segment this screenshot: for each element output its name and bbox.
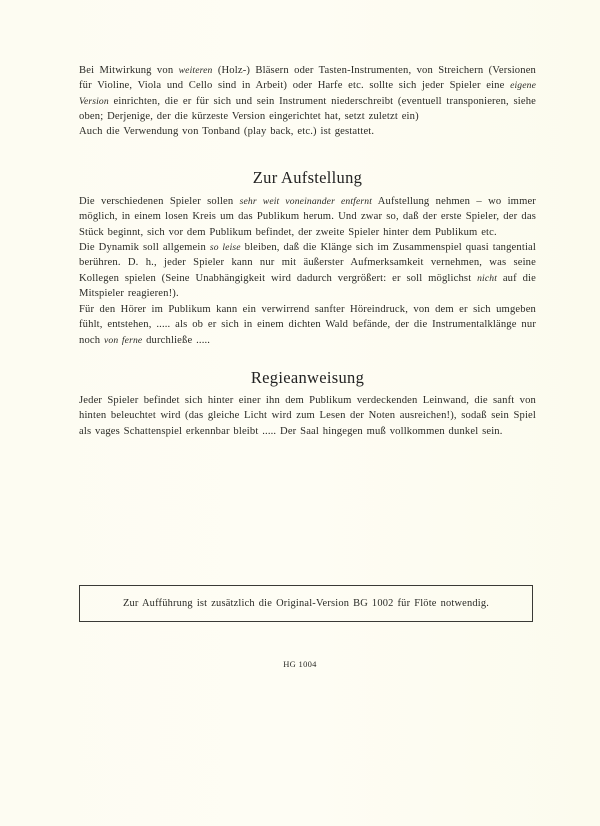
performance-note-text: Zur Aufführung ist zusätzlich die Origin… bbox=[123, 598, 489, 609]
intro-paragraph-tape: Auch die Verwendung von Tonband (play ba… bbox=[79, 124, 536, 139]
emphasis-so-leise: so leise bbox=[210, 242, 241, 253]
performance-note-box: Zur Aufführung ist zusätzlich die Origin… bbox=[79, 585, 533, 622]
text-span: einrichten, die er für sich und sein Ins… bbox=[79, 96, 536, 122]
score-page: Bei Mitwirkung von weiteren (Holz-) Bläs… bbox=[0, 0, 600, 826]
heading-aufstellung: Zur Aufstellung bbox=[79, 168, 536, 188]
aufstellung-paragraph-listener: Für den Hörer im Publikum kann ein verwi… bbox=[79, 302, 536, 348]
text-span: Bei Mitwirkung von bbox=[79, 65, 179, 76]
emphasis-weit-entfernt: sehr weit voneinander entfernt bbox=[240, 196, 372, 207]
text-span: Die verschiedenen Spieler sollen bbox=[79, 196, 240, 207]
catalog-number: HG 1004 bbox=[0, 659, 600, 669]
aufstellung-paragraph-placement: Die verschiedenen Spieler sollen sehr we… bbox=[79, 194, 536, 240]
aufstellung-paragraph-dynamics: Die Dynamik soll allgemein so leise blei… bbox=[79, 240, 536, 302]
heading-regieanweisung: Regieanweisung bbox=[79, 368, 536, 388]
text-span: durchließe ..... bbox=[142, 335, 210, 346]
emphasis-nicht: nicht bbox=[477, 273, 497, 284]
emphasis-weiteren: weiteren bbox=[179, 65, 213, 76]
regie-paragraph-staging: Jeder Spieler befindet sich hinter einer… bbox=[79, 393, 536, 439]
text-span: Die Dynamik soll allgemein bbox=[79, 242, 210, 253]
emphasis-von-ferne: von ferne bbox=[104, 335, 142, 346]
intro-paragraph-instruments: Bei Mitwirkung von weiteren (Holz-) Bläs… bbox=[79, 63, 536, 125]
